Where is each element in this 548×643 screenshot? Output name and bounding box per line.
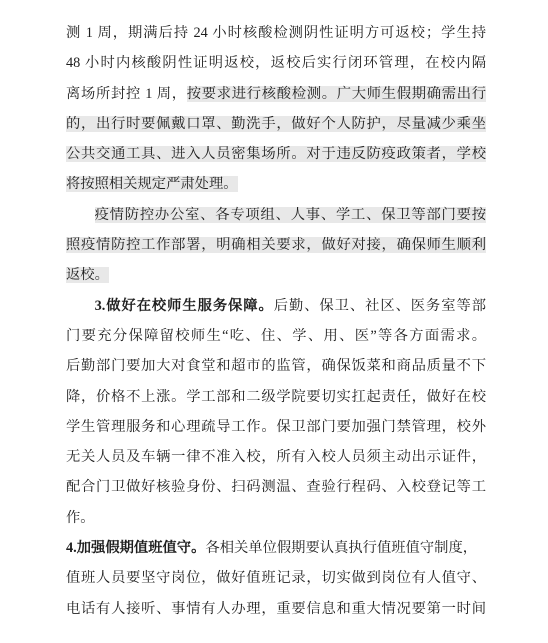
text-line: 配合门卫做好核验身份、扫码测温、查验行程码、入校登记等工 <box>66 472 486 502</box>
text-line: 降，价格不上涨。学工部和二级学院要切实扛起责任，做好在校 <box>66 382 486 412</box>
text-line: 测 1 周，期满后持 24 小时核酸检测阴性证明方可返校；学生持 <box>66 18 486 48</box>
text-line: 3.做好在校师生服务保障。后勤、保卫、社区、医务室等部 <box>66 291 486 321</box>
highlighted-text-segment: 将按照相关规定严肃处理。 <box>66 176 238 192</box>
bold-heading-segment: 4.加强假期值班值守。 <box>66 540 205 556</box>
text-line: 离场所封控 1 周，按要求进行核酸检测。广大师生假期确需出行 <box>66 79 486 109</box>
text-line: 返校。 <box>66 260 486 290</box>
text-segment: 48 小时内核酸阴性证明返校，返校后实行闭环管理，在校内隔 <box>66 55 486 71</box>
text-segment: 离场所封控 1 周， <box>66 86 187 102</box>
text-line: 作。 <box>66 503 486 533</box>
text-segment: 电话有人接听、事情有人办理，重要信息和重大情况要第一时间 <box>66 601 486 617</box>
text-segment: 学生管理服务和心理疏导工作。保卫部门要加强门禁管理，校外 <box>66 419 486 435</box>
highlighted-text-segment: 照疫情防控工作部署，明确相关要求，做好对接，确保师生顺利 <box>66 237 486 253</box>
document-page: 测 1 周，期满后持 24 小时核酸检测阴性证明方可返校；学生持48 小时内核酸… <box>0 0 548 643</box>
text-line: 门要充分保障留校师生“吃、住、学、用、医”等各方面需求。 <box>66 321 486 351</box>
text-line: 疫情防控办公室、各专项组、人事、学工、保卫等部门要按 <box>66 200 486 230</box>
text-line: 48 小时内核酸阴性证明返校，返校后实行闭环管理，在校内隔 <box>66 48 486 78</box>
text-segment: 后勤部门要加大对食堂和超市的监管，确保饭菜和商品质量不下 <box>66 358 486 374</box>
highlighted-text-segment: 疫情防控办公室、各专项组、人事、学工、保卫等部门要按 <box>95 207 486 223</box>
text-line: 学生管理服务和心理疏导工作。保卫部门要加强门禁管理，校外 <box>66 412 486 442</box>
text-line: 照疫情防控工作部署，明确相关要求，做好对接，确保师生顺利 <box>66 230 486 260</box>
text-line: 4.加强假期值班值守。各相关单位假期要认真执行值班值守制度， <box>66 533 486 563</box>
text-segment: 测 1 周，期满后持 24 小时核酸检测阴性证明方可返校；学生持 <box>66 25 486 41</box>
text-line: 电话有人接听、事情有人办理，重要信息和重大情况要第一时间 <box>66 594 486 624</box>
text-segment: 门要充分保障留校师生“吃、住、学、用、医”等各方面需求。 <box>66 328 486 344</box>
text-line: 的，出行时要佩戴口罩、勤洗手，做好个人防护，尽量减少乘坐 <box>66 109 486 139</box>
text-segment: 值班人员要坚守岗位，做好值班记录，切实做到岗位有人值守、 <box>66 570 486 586</box>
text-segment: 无关人员及车辆一律不准入校，所有入校人员须主动出示证件， <box>66 449 486 465</box>
highlighted-text-segment: 公共交通工具、进入人员密集场所。对于违反防疫政策者，学校 <box>66 146 486 162</box>
text-line: 无关人员及车辆一律不准入校，所有入校人员须主动出示证件， <box>66 442 486 472</box>
highlighted-text-segment: 的，出行时要佩戴口罩、勤洗手，做好个人防护，尽量减少乘坐 <box>66 116 486 132</box>
text-segment: 配合门卫做好核验身份、扫码测温、查验行程码、入校登记等工 <box>66 479 486 495</box>
text-segment: 后勤、保卫、社区、医务室等部 <box>274 298 486 314</box>
highlighted-text-segment: 返校。 <box>66 267 109 283</box>
text-segment: 各相关单位假期要认真执行值班值守制度， <box>205 540 477 556</box>
bold-heading-segment: 3.做好在校师生服务保障。 <box>95 298 274 314</box>
text-line: 值班人员要坚守岗位，做好值班记录，切实做到岗位有人值守、 <box>66 563 486 593</box>
document-text: 测 1 周，期满后持 24 小时核酸检测阴性证明方可返校；学生持48 小时内核酸… <box>66 18 486 624</box>
text-line: 后勤部门要加大对食堂和超市的监管，确保饭菜和商品质量不下 <box>66 351 486 381</box>
text-line: 将按照相关规定严肃处理。 <box>66 169 486 199</box>
text-segment: 作。 <box>66 510 95 526</box>
text-segment: 降，价格不上涨。学工部和二级学院要切实扛起责任，做好在校 <box>66 389 486 405</box>
text-line: 公共交通工具、进入人员密集场所。对于违反防疫政策者，学校 <box>66 139 486 169</box>
highlighted-text-segment: 按要求进行核酸检测。广大师生假期确需出行 <box>187 86 486 102</box>
